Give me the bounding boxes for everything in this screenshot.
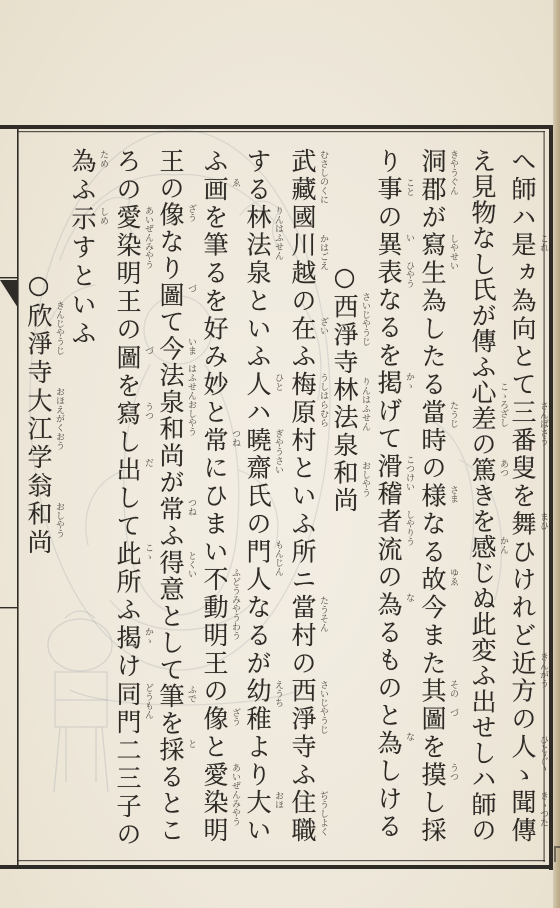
furigana: しやりう — [404, 510, 414, 546]
furigana: とくい — [186, 551, 196, 578]
furigana: ざう — [186, 204, 196, 222]
furigana: と — [186, 739, 196, 748]
furigana: つね — [230, 429, 240, 447]
furigana: あいぜんみやう — [143, 206, 153, 269]
text-column-1: へ師ハ是ヵ為向とて三番叟を舞ひけれど近方の人ゝ聞傳 — [506, 148, 538, 842]
furigana: こゝろざし — [498, 382, 508, 427]
text-column-10: ろの愛染明王の圖を寫し出して此所ふ揭け同門二三子の — [111, 148, 143, 846]
furigana: な — [404, 593, 414, 602]
text-column-4: り事の異表なるを掲げて滑稽者流の為るものと為しける — [372, 148, 404, 838]
furigana: ざい — [318, 317, 328, 335]
furigana: こゝ — [143, 543, 153, 561]
furigana: うしはらむら — [318, 373, 328, 427]
furigana: りんはふせん — [273, 206, 283, 260]
furigana: かゝ — [143, 627, 153, 645]
furigana: ゑ — [230, 178, 240, 187]
furigana: おほえがくおう — [54, 387, 64, 450]
furigana: かゝ — [404, 372, 414, 390]
furigana: さいじやうじ — [318, 680, 328, 734]
text-column-7: する林法泉といふ人ハ曉齋氏の門人なるが幼稚より大い — [241, 148, 273, 842]
furigana: もんじん — [273, 540, 283, 576]
text-column-9: 王の像なり圖て今法泉和尚が常ふ得意として筆を採るとこ — [154, 148, 186, 842]
furigana: きやうぐん — [448, 150, 458, 195]
furigana: ひと〴〵 — [538, 735, 548, 771]
furigana: えうち — [273, 680, 283, 707]
furigana: しめ — [98, 207, 108, 225]
furigana: きんがう — [538, 652, 548, 688]
text-column-3: 洞郡が寫生為したる當時の様なる故今また其圖を摸し採 — [416, 148, 448, 842]
furigana: かん — [498, 536, 508, 554]
furigana: どうもん — [143, 683, 153, 719]
furigana: ため — [98, 150, 108, 168]
furigana: はふせんおしやう — [186, 364, 196, 436]
furigana: その — [448, 680, 458, 698]
furigana: いま — [186, 337, 196, 355]
text-column-2: え見物なし氏が傳ふ心差の篤きを感じぬ此変ふ出せしハ師の — [466, 148, 498, 842]
furigana: ぎやうさい — [273, 429, 283, 474]
furigana: りんはふせん — [360, 377, 370, 431]
furigana: しやせい — [448, 234, 458, 270]
furigana: まひ — [538, 512, 548, 530]
section-heading-saijoji: ○西淨寺林法泉和尚 — [328, 262, 360, 512]
furigana: うつ — [448, 763, 458, 781]
section-heading-kinjoji: ○欣淨寺大江学翁和尚 — [22, 270, 54, 554]
furigana: あいぜんみやう — [230, 763, 240, 826]
furigana: い — [404, 233, 414, 242]
furigana: ざう — [230, 708, 240, 726]
page-edge-mark — [554, 846, 560, 862]
furigana: ふどうみやうわう — [230, 568, 240, 640]
furigana: ふで — [186, 685, 196, 703]
furigana: きんじやうじ — [54, 301, 64, 355]
furigana: むさしのくに — [318, 150, 328, 204]
book-page: へ師ハ是ヵ為向とて三番叟を舞ひけれど近方の人ゝ聞傳 え見物なし氏が傳ふ心差の篤き… — [0, 0, 560, 908]
furigana: ぢうしよく — [318, 791, 328, 836]
furigana: づ — [143, 346, 153, 355]
furigana: な — [404, 732, 414, 741]
furigana: ひと — [273, 373, 283, 391]
furigana: こと — [404, 178, 414, 196]
furigana: これ — [538, 234, 548, 252]
furigana: うつ — [143, 402, 153, 420]
furigana: つね — [186, 498, 196, 516]
furigana: づ — [186, 284, 196, 293]
furigana: づ — [448, 708, 458, 717]
furigana: おほ — [273, 791, 283, 809]
furigana: さいじやうじ — [360, 292, 370, 346]
furigana: こつけい — [404, 455, 414, 491]
adjacent-page-edge — [553, 0, 560, 908]
text-column-8: ふ画を筆るを好み妙と常にひまい不動明王の像と愛染明 — [198, 148, 230, 842]
furigana: たうじ — [448, 401, 458, 428]
furigana: さま — [448, 485, 458, 503]
text-column-11: 為ふ示すといふ — [66, 148, 98, 345]
furigana: あつ — [498, 459, 508, 477]
fishtail-mark — [0, 280, 18, 308]
furigana: おしやう — [360, 461, 370, 497]
furigana: だ — [143, 458, 153, 467]
furigana: かはごえ — [318, 234, 328, 270]
text-column-6: 武藏國川越の在ふ梅原村といふ所ニ當村の西淨寺ふ住職 — [286, 148, 318, 842]
furigana: ゆゑ — [448, 568, 458, 586]
furigana: おしやう — [54, 502, 64, 538]
furigana: たうそん — [318, 596, 328, 632]
furigana: さんばさう — [538, 401, 548, 446]
furigana: きゝつた — [538, 791, 548, 827]
furigana: ひやう — [404, 261, 414, 288]
